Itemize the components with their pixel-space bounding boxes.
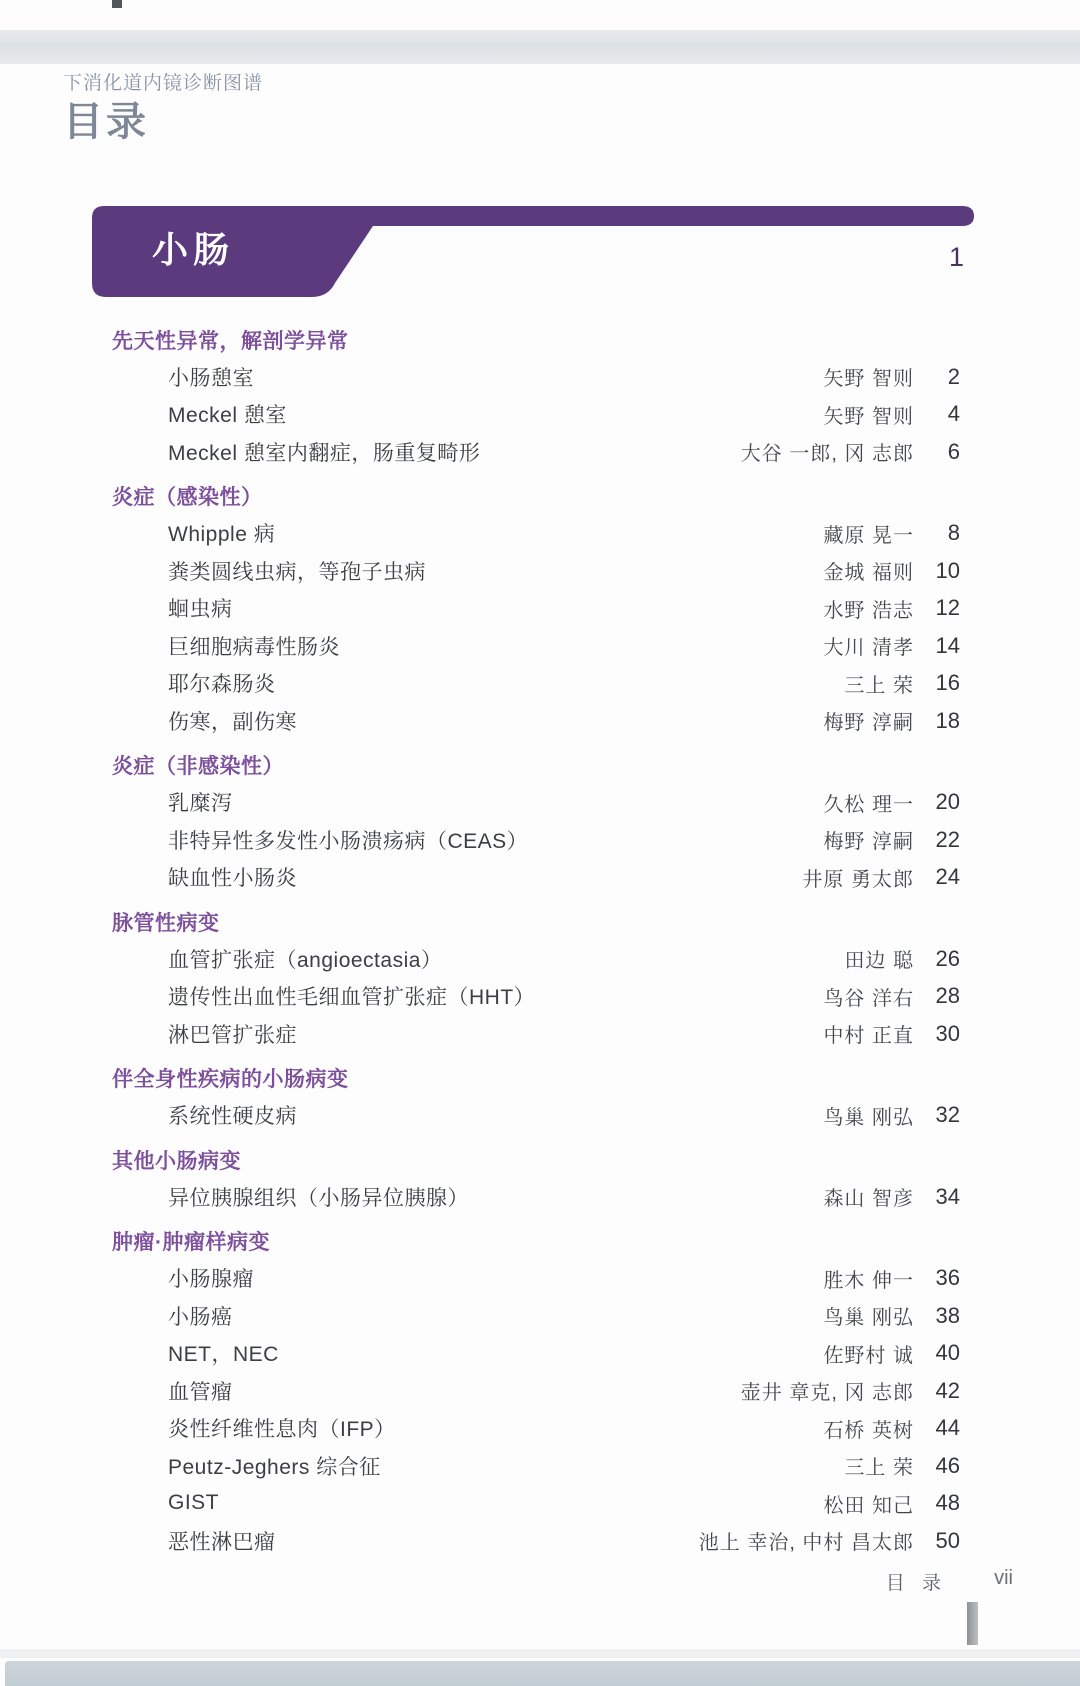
scan-artifact-top-band xyxy=(0,30,1080,64)
entry-page-number: 42 xyxy=(914,1378,960,1404)
entry-authors: 中村 正直 xyxy=(823,1019,914,1048)
toc-entry-row: 恶性淋巴瘤 池上 幸治, 中村 昌太郎 50 xyxy=(112,1522,960,1560)
scan-artifact-bottom-tick xyxy=(967,1602,978,1645)
footer-section-label: 目 录 xyxy=(886,1568,947,1595)
footer-page-number: vii xyxy=(994,1567,1013,1590)
entry-title: 系统性硬皮病 xyxy=(112,1100,297,1130)
toc-section: 伴全身性疾病的小肠病变 系统性硬皮病 鸟巢 刚弘 32 xyxy=(112,1060,960,1135)
entry-title: 淋巴管扩张症 xyxy=(112,1019,297,1049)
toc-entry-row: 耶尔森肠炎 三上 荣 16 xyxy=(112,665,960,703)
entry-authors: 大谷 一郎, 冈 志郎 xyxy=(741,437,914,466)
entry-title: GIST xyxy=(112,1491,219,1515)
entry-authors: 水野 浩志 xyxy=(823,594,914,623)
scan-artifact-bottom-band xyxy=(5,1661,1080,1686)
section-heading: 伴全身性疾病的小肠病变 xyxy=(112,1060,960,1097)
entry-page-number: 6 xyxy=(914,439,960,465)
toc-entry-row: 巨细胞病毒性肠炎 大川 清孝 14 xyxy=(112,627,960,665)
toc-section: 脉管性病变 血管扩张症（angioectasia） 田边 聪 26 遗传性出血性… xyxy=(112,903,960,1053)
page-header: 下消化道内镜诊断图谱 目录 xyxy=(63,68,263,142)
toc-section: 其他小肠病变 异位胰腺组织（小肠异位胰腺） 森山 智彦 34 xyxy=(112,1141,960,1216)
toc-entry-row: Whipple 病 藏原 晃一 8 xyxy=(112,515,960,553)
toc-entry-row: 血管瘤 壶井 章克, 冈 志郎 42 xyxy=(112,1372,960,1410)
scan-artifact-top-tick xyxy=(112,0,122,8)
entry-authors: 胜木 伸一 xyxy=(823,1264,914,1293)
entry-page-number: 38 xyxy=(914,1303,960,1329)
toc-entry-row: 非特异性多发性小肠溃疡病（CEAS） 梅野 淳嗣 22 xyxy=(112,821,960,859)
toc-entry-row: 小肠癌 鸟巢 刚弘 38 xyxy=(112,1297,960,1335)
entry-page-number: 48 xyxy=(914,1490,960,1516)
entry-authors: 田边 聪 xyxy=(844,944,914,973)
section-heading: 肿瘤·肿瘤样病变 xyxy=(112,1223,960,1260)
entry-page-number: 44 xyxy=(914,1415,960,1441)
toc-entry-row: 乳糜泻 久松 理一 20 xyxy=(112,784,960,822)
entry-page-number: 36 xyxy=(914,1265,960,1291)
toc-entry-row: Peutz-Jeghers 综合征 三上 荣 46 xyxy=(112,1447,960,1485)
section-heading: 脉管性病变 xyxy=(112,903,960,940)
entry-authors: 鸟巢 刚弘 xyxy=(823,1101,914,1130)
entry-authors: 佐野村 诚 xyxy=(823,1339,914,1368)
entry-title: 蛔虫病 xyxy=(112,593,233,623)
toc-entry-row: Meckel 憩室 矢野 智则 4 xyxy=(112,396,960,434)
entry-authors: 森山 智彦 xyxy=(823,1182,914,1211)
entry-page-number: 46 xyxy=(914,1453,960,1479)
entry-title: Meckel 憩室 xyxy=(112,399,287,429)
entry-page-number: 12 xyxy=(914,595,960,621)
entry-page-number: 30 xyxy=(914,1021,960,1047)
toc-section: 炎症（感染性） Whipple 病 藏原 晃一 8 粪类圆线虫病，等孢子虫病 金… xyxy=(112,478,960,740)
entry-title: 粪类圆线虫病，等孢子虫病 xyxy=(112,556,426,586)
entry-authors: 井原 勇太郎 xyxy=(802,863,914,892)
entry-page-number: 24 xyxy=(914,864,960,890)
toc-entry-row: 蛔虫病 水野 浩志 12 xyxy=(112,590,960,628)
entry-title: 缺血性小肠炎 xyxy=(112,862,297,892)
entry-authors: 鸟巢 刚弘 xyxy=(823,1301,914,1330)
toc-entry-row: 伤寒，副伤寒 梅野 淳嗣 18 xyxy=(112,702,960,740)
entry-authors: 矢野 智则 xyxy=(823,362,914,391)
entry-title: 恶性淋巴瘤 xyxy=(112,1526,276,1556)
entry-authors: 梅野 淳嗣 xyxy=(823,825,914,854)
book-title: 下消化道内镜诊断图谱 xyxy=(63,68,263,95)
entry-authors: 大川 清孝 xyxy=(823,631,914,660)
toc-entry-row: 异位胰腺组织（小肠异位胰腺） 森山 智彦 34 xyxy=(112,1178,960,1216)
entry-authors: 矢野 智则 xyxy=(823,400,914,429)
entry-title: 小肠腺瘤 xyxy=(112,1263,254,1293)
toc-list: 先天性异常，解剖学异常 小肠憩室 矢野 智则 2 Meckel 憩室 矢野 智则… xyxy=(112,314,960,1560)
entry-page-number: 26 xyxy=(914,946,960,972)
entry-page-number: 34 xyxy=(914,1184,960,1210)
entry-title: 血管扩张症（angioectasia） xyxy=(112,944,442,974)
entry-page-number: 20 xyxy=(914,789,960,815)
entry-authors: 梅野 淳嗣 xyxy=(823,706,914,735)
toc-entry-row: NET，NEC 佐野村 诚 40 xyxy=(112,1335,960,1373)
entry-title: 小肠癌 xyxy=(112,1301,233,1331)
scan-artifact-bottom-strip xyxy=(0,1649,1080,1658)
entry-title: NET，NEC xyxy=(112,1338,279,1368)
entry-authors: 三上 荣 xyxy=(844,1451,914,1480)
chapter-start-page: 1 xyxy=(930,242,964,273)
entry-page-number: 16 xyxy=(914,670,960,696)
section-heading: 炎症（感染性） xyxy=(112,478,960,515)
toc-entry-row: 遗传性出血性毛细血管扩张症（HHT） 鸟谷 洋右 28 xyxy=(112,978,960,1016)
entry-title: 耶尔森肠炎 xyxy=(112,668,276,698)
toc-entry-row: 粪类圆线虫病，等孢子虫病 金城 福则 10 xyxy=(112,552,960,590)
toc-entry-row: 系统性硬皮病 鸟巢 刚弘 32 xyxy=(112,1097,960,1135)
entry-page-number: 32 xyxy=(914,1102,960,1128)
entry-authors: 久松 理一 xyxy=(823,788,914,817)
entry-authors: 三上 荣 xyxy=(844,669,914,698)
chapter-title: 小肠 xyxy=(152,222,234,273)
entry-title: Meckel 憩室内翻症，肠重复畸形 xyxy=(112,437,480,467)
entry-authors: 石桥 英树 xyxy=(823,1414,914,1443)
entry-page-number: 18 xyxy=(914,708,960,734)
entry-page-number: 50 xyxy=(914,1528,960,1554)
entry-title: 小肠憩室 xyxy=(112,362,254,392)
chapter-banner: 小肠 1 xyxy=(90,200,980,304)
toc-entry-row: 缺血性小肠炎 井原 勇太郎 24 xyxy=(112,859,960,897)
entry-page-number: 28 xyxy=(914,983,960,1009)
entry-title: 血管瘤 xyxy=(112,1376,233,1406)
entry-title: 炎性纤维性息肉（IFP） xyxy=(112,1413,396,1443)
entry-page-number: 2 xyxy=(914,364,960,390)
entry-title: 伤寒，副伤寒 xyxy=(112,706,297,736)
entry-page-number: 14 xyxy=(914,633,960,659)
toc-entry-row: 小肠腺瘤 胜木 伸一 36 xyxy=(112,1260,960,1298)
toc-entry-row: 淋巴管扩张症 中村 正直 30 xyxy=(112,1015,960,1053)
entry-title: 异位胰腺组织（小肠异位胰腺） xyxy=(112,1182,469,1212)
entry-title: 乳糜泻 xyxy=(112,787,233,817)
entry-title: 巨细胞病毒性肠炎 xyxy=(112,631,340,661)
toc-section: 肿瘤·肿瘤样病变 小肠腺瘤 胜木 伸一 36 小肠癌 鸟巢 刚弘 38 NET，… xyxy=(112,1223,960,1560)
entry-page-number: 8 xyxy=(914,520,960,546)
entry-title: 非特异性多发性小肠溃疡病（CEAS） xyxy=(112,825,528,855)
section-heading: 炎症（非感染性） xyxy=(112,747,960,784)
entry-authors: 松田 知己 xyxy=(823,1489,914,1518)
toc-section: 先天性异常，解剖学异常 小肠憩室 矢野 智则 2 Meckel 憩室 矢野 智则… xyxy=(112,321,960,471)
section-heading: 其他小肠病变 xyxy=(112,1141,960,1178)
page-heading: 目录 xyxy=(63,102,263,142)
entry-page-number: 22 xyxy=(914,827,960,853)
toc-entry-row: 小肠憩室 矢野 智则 2 xyxy=(112,358,960,396)
section-heading: 先天性异常，解剖学异常 xyxy=(112,321,960,358)
entry-page-number: 4 xyxy=(914,401,960,427)
toc-entry-row: 血管扩张症（angioectasia） 田边 聪 26 xyxy=(112,940,960,978)
toc-entry-row: GIST 松田 知己 48 xyxy=(112,1485,960,1523)
entry-page-number: 40 xyxy=(914,1340,960,1366)
toc-entry-row: 炎性纤维性息肉（IFP） 石桥 英树 44 xyxy=(112,1410,960,1448)
entry-authors: 鸟谷 洋右 xyxy=(823,982,914,1011)
entry-authors: 藏原 晃一 xyxy=(823,519,914,548)
toc-section: 炎症（非感染性） 乳糜泻 久松 理一 20 非特异性多发性小肠溃疡病（CEAS）… xyxy=(112,747,960,897)
entry-title: 遗传性出血性毛细血管扩张症（HHT） xyxy=(112,981,535,1011)
entry-page-number: 10 xyxy=(914,558,960,584)
entry-authors: 壶井 章克, 冈 志郎 xyxy=(741,1376,914,1405)
toc-entry-row: Meckel 憩室内翻症，肠重复畸形 大谷 一郎, 冈 志郎 6 xyxy=(112,433,960,471)
entry-title: Peutz-Jeghers 综合征 xyxy=(112,1451,381,1481)
entry-title: Whipple 病 xyxy=(112,518,275,548)
entry-authors: 金城 福则 xyxy=(823,556,914,585)
entry-authors: 池上 幸治, 中村 昌太郎 xyxy=(699,1526,914,1555)
